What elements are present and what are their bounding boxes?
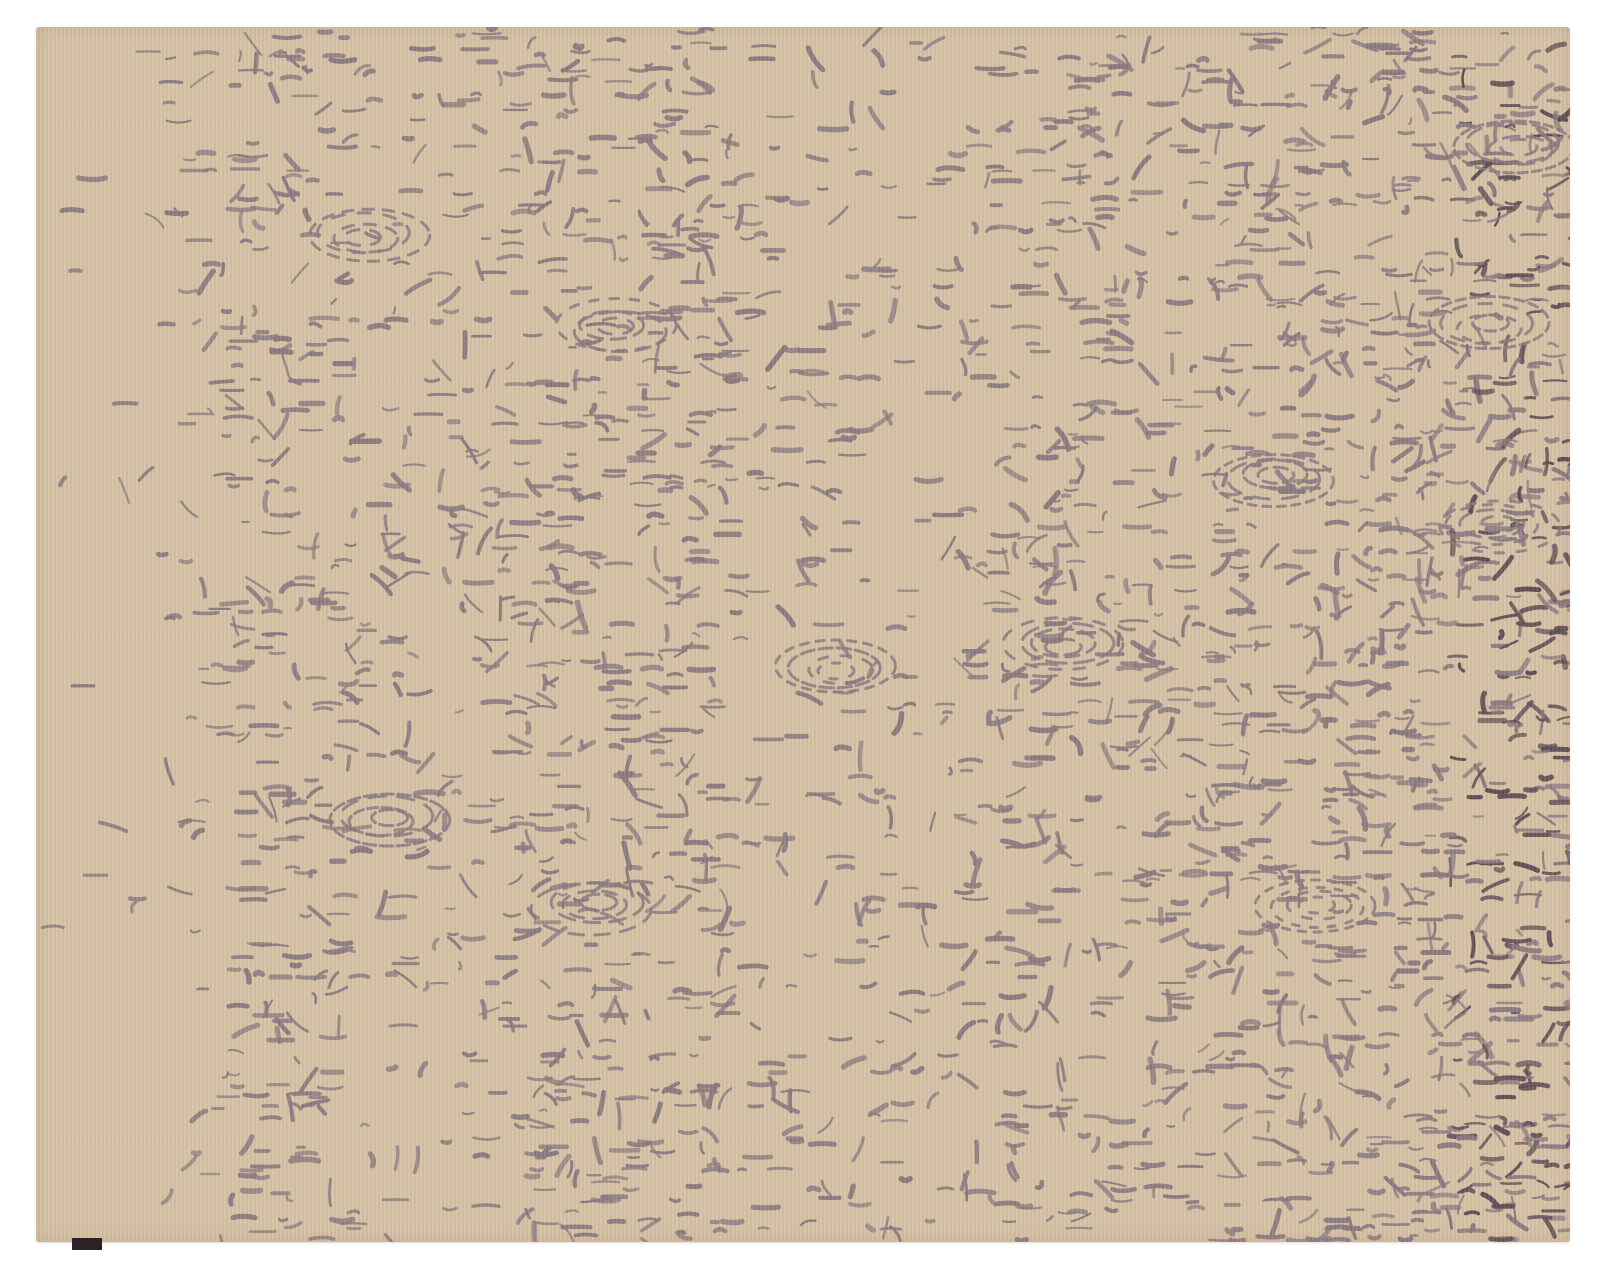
rug-label-tag [72, 1238, 102, 1250]
rug-pattern [36, 27, 1570, 1242]
rug [36, 27, 1570, 1242]
